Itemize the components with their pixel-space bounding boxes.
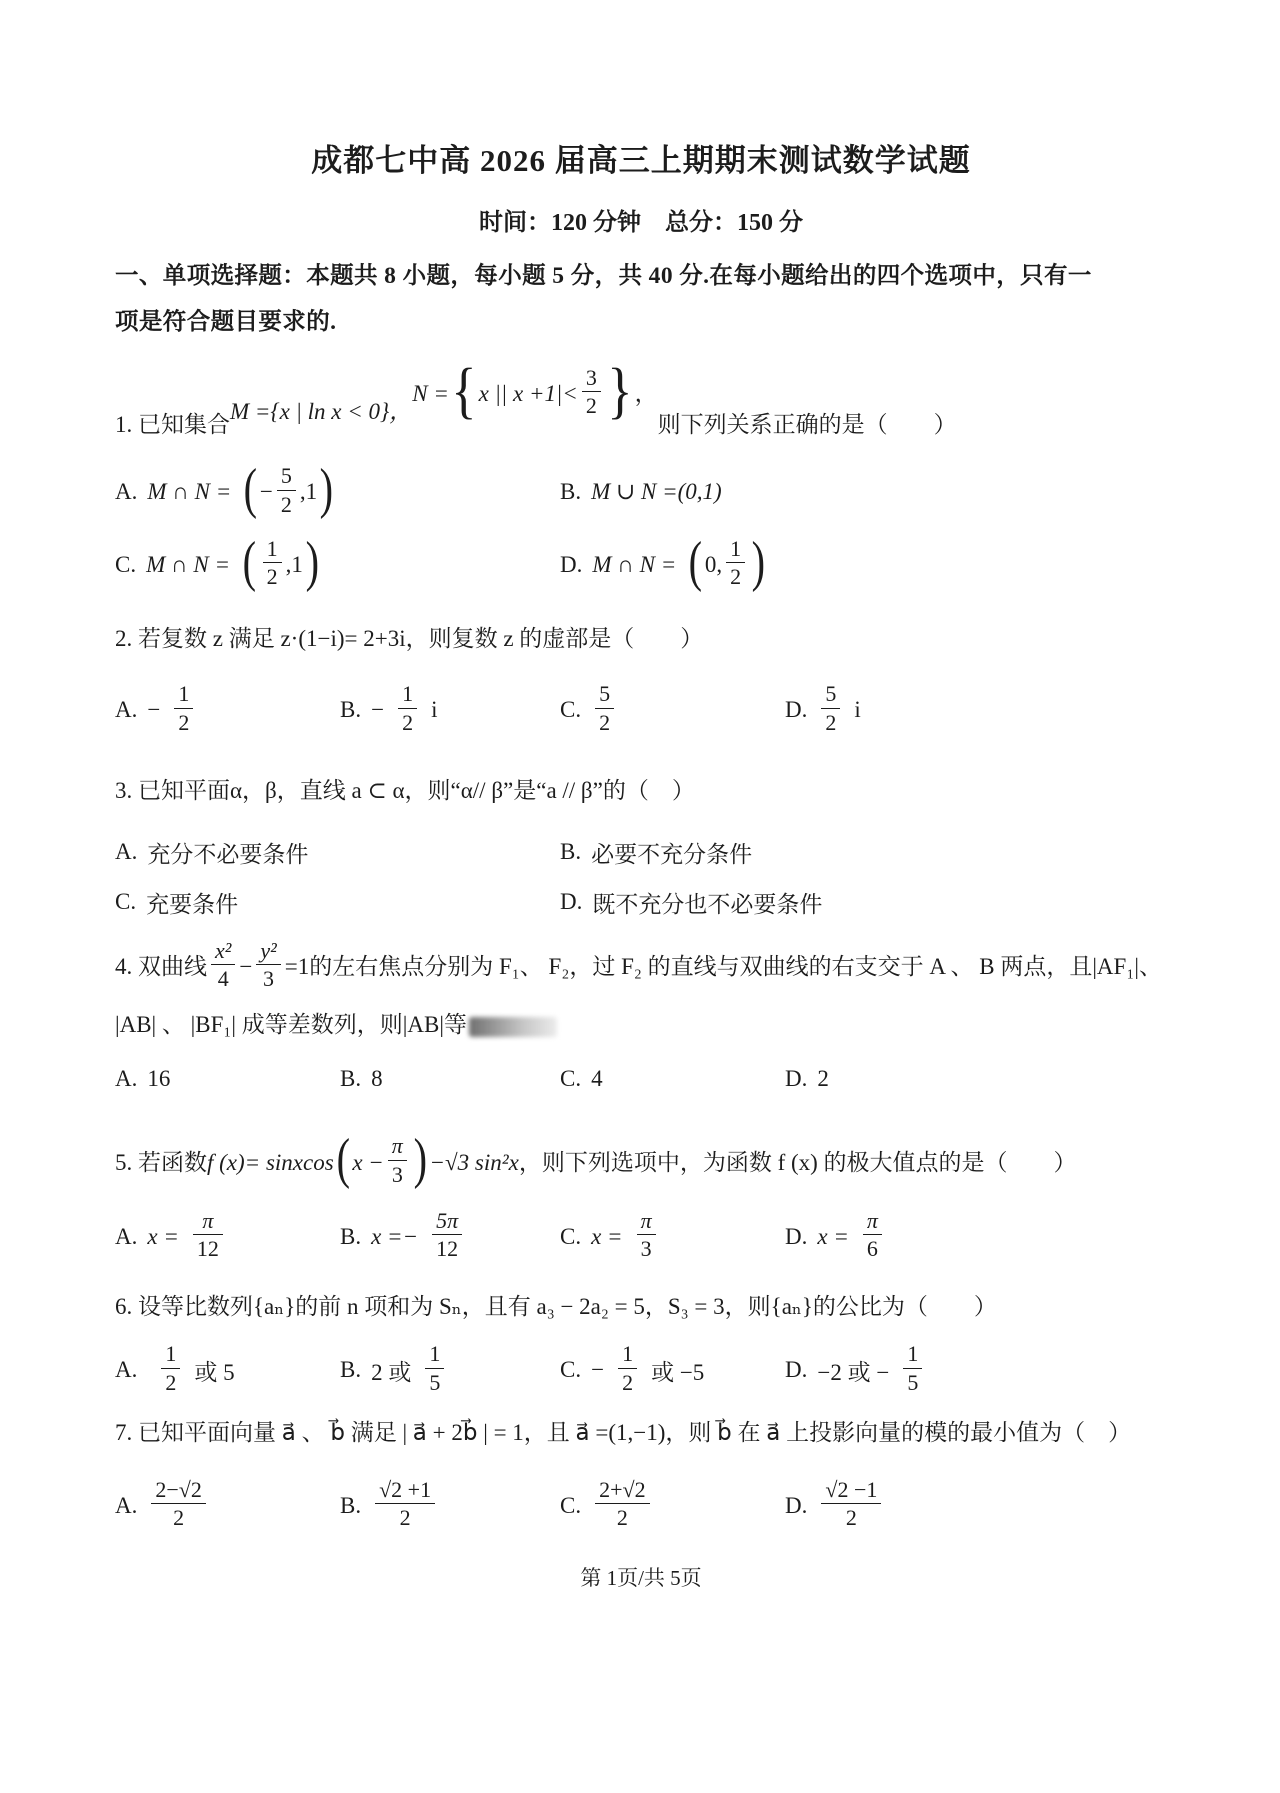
exam-title: 成都七中高 2026 届高三上期期末测试数学试题	[115, 142, 1167, 180]
option-label: D.	[785, 1224, 807, 1250]
q7-option-b: B. √2 +1 2	[340, 1480, 560, 1533]
fraction: 1 5	[903, 1342, 922, 1395]
q4-prefix: 4. 双曲线	[115, 951, 207, 982]
blurred-text-smudge	[469, 1017, 557, 1037]
q2-option-c: C. 5 2	[560, 684, 785, 737]
fraction: 1 5	[425, 1342, 444, 1395]
fraction: π 6	[863, 1209, 882, 1262]
option-label: B.	[340, 1357, 361, 1383]
question-3-options-row2: C. 充要条件 D. 既不充分也不必要条件	[115, 886, 1167, 919]
q5-option-b: B. x =− 5π 12	[340, 1211, 560, 1264]
question-2-stem: 2. 若复数 z 满足 z·(1−i)= 2+3i，则复数 z 的虚部是（ ）	[115, 623, 1167, 654]
option-label: B.	[340, 1224, 361, 1250]
fraction: 5 2	[595, 682, 614, 735]
fraction: 1 2	[726, 537, 745, 590]
option-label: C.	[115, 552, 136, 578]
q1-suffix: 则下列关系正确的是（ ）	[658, 409, 957, 440]
q5-prefix: 5. 若函数	[115, 1147, 207, 1178]
option-label: A.	[115, 697, 137, 723]
q2-option-b: B. − 1 2 i	[340, 684, 560, 737]
exam-page: 成都七中高 2026 届高三上期期末测试数学试题 时间：120 分钟 总分：15…	[0, 0, 1280, 1592]
section-heading-line2: 项是符合题目要求的.	[115, 306, 1167, 338]
q7-option-d: D. √2 −1 2	[785, 1480, 1167, 1533]
section-heading-line1: 一、单项选择题：本题共 8 小题，每小题 5 分，共 40 分.在每小题给出的四…	[115, 260, 1167, 292]
q3-option-d: D. 既不充分也不必要条件	[560, 886, 1167, 919]
q6-option-d: D. −2 或 − 1 5	[785, 1344, 1167, 1397]
q7-option-a: A. 2−√2 2	[115, 1480, 340, 1533]
q4-option-b: B. 8	[340, 1066, 560, 1092]
question-1-options-row1: A. M ∩ N = ( − 5 2 ,1 ) B. M ∪ N =(0,1)	[115, 466, 1167, 519]
option-label: A.	[115, 1357, 137, 1383]
question-4-stem-line2: |AB| 、 |BF₁| 成等差数列，则|AB|等	[115, 1009, 1167, 1040]
fraction: π 12	[193, 1209, 223, 1262]
option-label: B.	[340, 1493, 361, 1519]
option-label: A.	[115, 479, 137, 505]
q1-set-n-lhs: N =	[412, 378, 449, 409]
q1-set-n-inner: x || x +1|<	[479, 378, 578, 409]
option-label: D.	[785, 1493, 807, 1519]
q1-option-c: C. M ∩ N = ( 1 2 ,1 )	[115, 539, 560, 592]
option-label: C.	[115, 889, 136, 915]
q4-option-c: C. 4	[560, 1066, 785, 1092]
fraction: x² 4	[211, 939, 235, 992]
q5-option-d: D. x = π 6	[785, 1211, 1167, 1264]
q4-option-a: A. 16	[115, 1066, 340, 1092]
q6-option-c: C. − 1 2 或 −5	[560, 1344, 785, 1397]
question-2-options: A. − 1 2 B. − 1 2 i C. 5 2 D.	[115, 684, 1167, 737]
exam-meta: 时间：120 分钟 总分：150 分	[115, 208, 1167, 238]
question-3-stem: 3. 已知平面α，β，直线 a ⊂ α，则“α// β”是“a // β”的（ …	[115, 775, 1167, 806]
option-label: A.	[115, 839, 137, 865]
fraction: 1 2	[398, 682, 417, 735]
option-label: C.	[560, 697, 581, 723]
page-footer: 第 1页/共 5页	[115, 1562, 1167, 1592]
q1-option-d: D. M ∩ N = ( 0, 1 2 )	[560, 539, 1167, 592]
question-1-options-row2: C. M ∩ N = ( 1 2 ,1 ) D. M ∩ N = ( 0, 1 …	[115, 539, 1167, 592]
fraction: 1 2	[161, 1342, 180, 1395]
option-label: B.	[340, 1066, 361, 1092]
option-label: A.	[115, 1066, 137, 1092]
fraction: 1 2	[618, 1342, 637, 1395]
fraction: √2 −1 2	[821, 1478, 881, 1531]
option-label: C.	[560, 1357, 581, 1383]
q1-set-n: N = { x || x +1|< 3 2 } ，	[412, 368, 657, 421]
option-label: D.	[785, 1357, 807, 1383]
fraction: 1 2	[174, 682, 193, 735]
fraction: √2 +1 2	[375, 1478, 435, 1531]
q3-option-a: A. 充分不必要条件	[115, 836, 560, 869]
q4-line1-rest: 的左右焦点分别为 F₁、 F₂，过 F₂ 的直线与双曲线的右支交于 A 、 B …	[309, 951, 1162, 982]
option-label: D.	[785, 697, 807, 723]
fraction: 1 2	[263, 537, 282, 590]
q3-option-c: C. 充要条件	[115, 886, 560, 919]
q5-option-c: C. x = π 3	[560, 1211, 785, 1264]
fraction: π 3	[637, 1209, 656, 1262]
question-7-options: A. 2−√2 2 B. √2 +1 2 C. 2+√2 2 D. √2 −1	[115, 1480, 1167, 1533]
q4-option-d: D. 2	[785, 1066, 1167, 1092]
option-label: B.	[560, 479, 581, 505]
q1-comma: ，	[635, 378, 658, 409]
option-label: B.	[340, 697, 361, 723]
q5-option-a: A. x = π 12	[115, 1211, 340, 1264]
q6-option-b: B. 2 或 1 5	[340, 1344, 560, 1397]
question-7-stem: 7. 已知平面向量 a⃗ 、 b⃗ 满足 | a⃗ + 2b⃗ | = 1，且 …	[115, 1417, 1167, 1448]
fraction: 5π 12	[432, 1209, 462, 1262]
fraction: 5 2	[821, 682, 840, 735]
q7-option-c: C. 2+√2 2	[560, 1480, 785, 1533]
q1-prefix: 1. 已知集合	[115, 409, 230, 440]
question-4-options: A. 16 B. 8 C. 4 D. 2	[115, 1066, 1167, 1092]
question-6-options: A. 1 2 或 5 B. 2 或 1 5 C. − 1 2 或 −5	[115, 1344, 1167, 1397]
q3-option-b: B. 必要不充分条件	[560, 836, 1167, 869]
q2-option-d: D. 5 2 i	[785, 684, 1167, 737]
option-label: A.	[115, 1493, 137, 1519]
option-label: C.	[560, 1066, 581, 1092]
question-5-options: A. x = π 12 B. x =− 5π 12 C. x = π 3 D.	[115, 1211, 1167, 1264]
question-5-stem: 5. 若函数 f (x)= sinxcos ( x − π 3 ) −√3 si…	[115, 1136, 1077, 1189]
q6-option-a: A. 1 2 或 5	[115, 1344, 340, 1397]
fraction: y² 3	[256, 939, 280, 992]
option-label: A.	[115, 1224, 137, 1250]
fraction: 2−√2 2	[151, 1478, 205, 1531]
option-label: C.	[560, 1224, 581, 1250]
q1-option-b: B. M ∪ N =(0,1)	[560, 479, 1167, 505]
question-4-stem-line1: 4. 双曲线 x² 4 − y² 3 =1 的左右焦点分别为 F₁、 F₂，过 …	[115, 941, 1162, 994]
q1-set-m: M ={x | ln x < 0}，	[230, 396, 412, 427]
fraction: π 3	[388, 1134, 407, 1187]
option-label: D.	[560, 552, 582, 578]
option-label: C.	[560, 1493, 581, 1519]
q2-option-a: A. − 1 2	[115, 684, 340, 737]
question-6-stem: 6. 设等比数列{aₙ}的前 n 项和为 Sₙ，且有 a₃ − 2a₂ = 5，…	[115, 1291, 1167, 1322]
fraction: 5 2	[277, 464, 296, 517]
q1-set-n-fraction: 3 2	[582, 366, 601, 419]
option-label: B.	[560, 839, 581, 865]
fraction: 2+√2 2	[595, 1478, 649, 1531]
option-label: D.	[785, 1066, 807, 1092]
q1-option-a: A. M ∩ N = ( − 5 2 ,1 )	[115, 466, 560, 519]
q5-suffix: ，则下列选项中，为函数 f (x) 的极大值点的是（ ）	[519, 1147, 1077, 1178]
question-3-options-row1: A. 充分不必要条件 B. 必要不充分条件	[115, 836, 1167, 869]
question-1-stem: 1. 已知集合 M ={x | ln x < 0}， N = { x || x …	[115, 362, 1167, 440]
option-label: D.	[560, 889, 582, 915]
